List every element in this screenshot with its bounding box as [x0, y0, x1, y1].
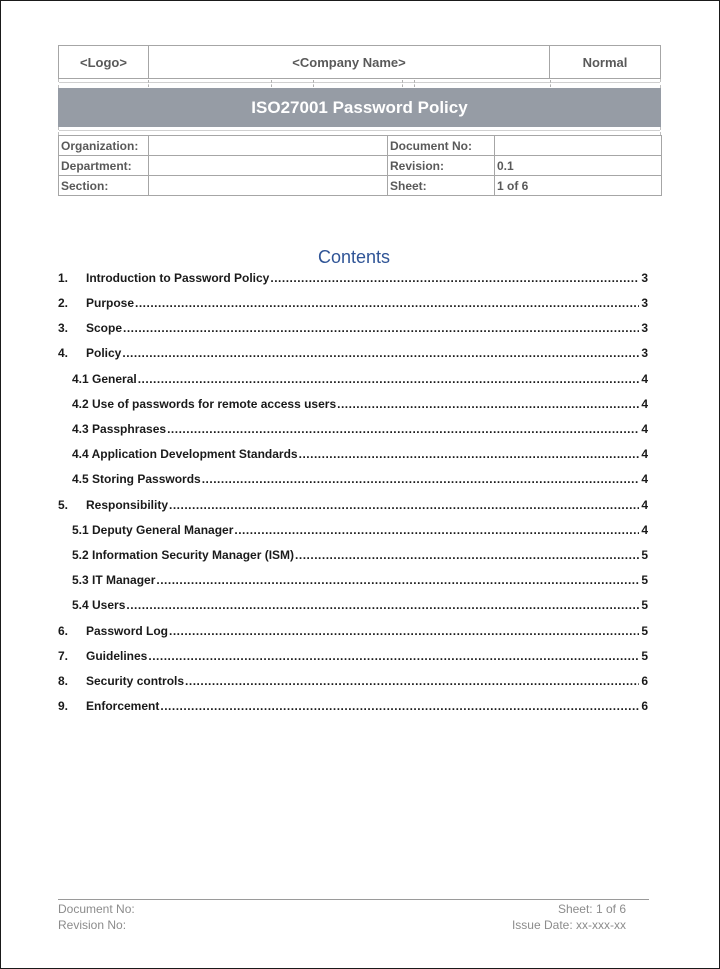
toc-dot-leader — [169, 624, 639, 638]
toc-entry-label: 5.4 Users — [72, 598, 125, 612]
toc-entry-label: 5.2 Information Security Manager (ISM) — [72, 548, 294, 562]
toc-entry-label: 5.3 IT Manager — [72, 573, 155, 587]
toc-entry[interactable]: 5.Responsibility4 — [58, 498, 648, 518]
info-row: Department:Revision:0.1 — [59, 156, 662, 176]
toc-entry-page: 4 — [640, 372, 648, 386]
toc-entry[interactable]: 8.Security controls6 — [58, 674, 648, 694]
company-name-placeholder: <Company Name> — [149, 46, 550, 78]
toc-dot-leader — [126, 598, 639, 612]
info-value — [495, 136, 662, 156]
toc-entry[interactable]: 5.4 Users5 — [58, 598, 648, 618]
toc-entry-label: 4.3 Passphrases — [72, 422, 166, 436]
toc-entry-label: Password Log — [86, 624, 168, 638]
info-label: Document No: — [388, 136, 495, 156]
toc-entry-number: 8. — [58, 674, 86, 688]
separator-tick — [271, 80, 272, 87]
toc-entry-number: 4. — [58, 346, 86, 360]
separator-tick — [550, 80, 551, 87]
toc-entry[interactable]: 5.2 Information Security Manager (ISM)5 — [58, 548, 648, 568]
info-label: Organization: — [59, 136, 149, 156]
info-separator — [58, 127, 661, 135]
toc-entry-page: 4 — [640, 523, 648, 537]
contents-title: Contents — [1, 247, 707, 268]
toc-dot-leader — [202, 472, 640, 486]
footer-sheet: Sheet: 1 of 6 — [558, 901, 626, 917]
toc-entry-label: 4.5 Storing Passwords — [72, 472, 201, 486]
toc-entry-page: 5 — [640, 573, 648, 587]
logo-placeholder: <Logo> — [59, 46, 149, 78]
info-label: Sheet: — [388, 176, 495, 196]
toc-entry-label: Enforcement — [86, 699, 159, 713]
toc-dot-leader — [169, 498, 639, 512]
info-value — [149, 136, 388, 156]
toc-dot-leader — [123, 321, 639, 335]
toc-entry[interactable]: 5.1 Deputy General Manager4 — [58, 523, 648, 543]
classification-label: Normal — [550, 46, 660, 78]
toc-dot-leader — [299, 447, 640, 461]
toc-entry[interactable]: 7.Guidelines5 — [58, 649, 648, 669]
document-title: ISO27001 Password Policy — [58, 88, 661, 127]
toc-dot-leader — [138, 372, 640, 386]
separator-tick — [313, 80, 314, 87]
toc-dot-leader — [148, 649, 639, 663]
header-top-row: <Logo> <Company Name> Normal — [58, 45, 661, 79]
toc-entry-number: 2. — [58, 296, 86, 310]
toc-entry-page: 3 — [640, 296, 648, 310]
toc-dot-leader — [156, 573, 639, 587]
toc-entry[interactable]: 3.Scope3 — [58, 321, 648, 341]
toc-entry-page: 3 — [640, 346, 648, 360]
toc-entry-label: Purpose — [86, 296, 134, 310]
toc-entry-label: Scope — [86, 321, 122, 335]
info-value — [149, 156, 388, 176]
info-label: Department: — [59, 156, 149, 176]
info-value: 1 of 6 — [495, 176, 662, 196]
separator-tick — [148, 80, 149, 87]
info-row: Organization:Document No: — [59, 136, 662, 156]
toc-dot-leader — [295, 548, 639, 562]
toc-entry-label: 4.1 General — [72, 372, 137, 386]
toc-dot-leader — [135, 296, 639, 310]
toc-entry-page: 4 — [640, 447, 648, 461]
toc-entry-label: Security controls — [86, 674, 184, 688]
toc-entry-label: 4.2 Use of passwords for remote access u… — [72, 397, 336, 411]
toc-entry-page: 5 — [640, 624, 648, 638]
toc-dot-leader — [160, 699, 639, 713]
toc-entry[interactable]: 2.Purpose3 — [58, 296, 648, 316]
toc-dot-leader — [167, 422, 639, 436]
toc-entry[interactable]: 1.Introduction to Password Policy3 — [58, 271, 648, 291]
toc-dot-leader — [234, 523, 639, 537]
toc-entry-label: 5.1 Deputy General Manager — [72, 523, 233, 537]
toc-dot-leader — [185, 674, 639, 688]
toc-entry[interactable]: 6.Password Log5 — [58, 624, 648, 644]
separator-tick — [402, 80, 403, 87]
toc-dot-leader — [270, 271, 639, 285]
toc-entry-page: 5 — [640, 598, 648, 612]
toc-entry[interactable]: 4.4 Application Development Standards4 — [58, 447, 648, 467]
toc-entry-label: Guidelines — [86, 649, 147, 663]
toc-entry[interactable]: 9.Enforcement6 — [58, 699, 648, 719]
toc-dot-leader — [337, 397, 639, 411]
footer-issue-date: Issue Date: xx-xxx-xx — [512, 917, 626, 933]
toc-entry[interactable]: 4.2 Use of passwords for remote access u… — [58, 397, 648, 417]
header-separator — [58, 79, 661, 88]
toc-entry-page: 3 — [640, 321, 648, 335]
toc-entry-page: 5 — [640, 548, 648, 562]
toc-entry-page: 6 — [640, 674, 648, 688]
toc-entry-page: 5 — [640, 649, 648, 663]
toc-entry-number: 7. — [58, 649, 86, 663]
toc-entry-label: Responsibility — [86, 498, 168, 512]
toc-entry-page: 4 — [640, 498, 648, 512]
toc-entry-number: 6. — [58, 624, 86, 638]
toc-entry[interactable]: 4.1 General4 — [58, 372, 648, 392]
toc-entry[interactable]: 4.5 Storing Passwords4 — [58, 472, 648, 492]
separator-line — [59, 130, 660, 131]
toc-entry-number: 1. — [58, 271, 86, 285]
info-value — [149, 176, 388, 196]
separator-line — [59, 82, 660, 83]
page-footer: Document No: Sheet: 1 of 6 Revision No: … — [58, 901, 626, 933]
footer-revision-no: Revision No: — [58, 917, 126, 933]
info-row: Section:Sheet:1 of 6 — [59, 176, 662, 196]
toc-entry-number: 3. — [58, 321, 86, 335]
info-label: Section: — [59, 176, 149, 196]
toc-entry-label: Introduction to Password Policy — [86, 271, 269, 285]
footer-divider — [58, 899, 649, 900]
info-label: Revision: — [388, 156, 495, 176]
separator-tick — [414, 80, 415, 87]
toc-entry[interactable]: 4.Policy3 — [58, 346, 648, 366]
toc-entry-page: 3 — [640, 271, 648, 285]
toc-entry-number: 5. — [58, 498, 86, 512]
toc-entry[interactable]: 5.3 IT Manager5 — [58, 573, 648, 593]
toc-entry-number: 9. — [58, 699, 86, 713]
toc-entry-label: 4.4 Application Development Standards — [72, 447, 298, 461]
toc-entry-page: 4 — [640, 397, 648, 411]
toc-dot-leader — [122, 346, 639, 360]
toc-entry[interactable]: 4.3 Passphrases4 — [58, 422, 648, 442]
toc-entry-label: Policy — [86, 346, 121, 360]
toc-entry-page: 6 — [640, 699, 648, 713]
toc-entry-page: 4 — [640, 422, 648, 436]
document-page: <Logo> <Company Name> Normal ISO27001 Pa… — [0, 0, 720, 969]
footer-document-no: Document No: — [58, 901, 135, 917]
info-value: 0.1 — [495, 156, 662, 176]
toc-entry-page: 4 — [640, 472, 648, 486]
document-info-table: Organization:Document No:Department:Revi… — [58, 135, 662, 196]
